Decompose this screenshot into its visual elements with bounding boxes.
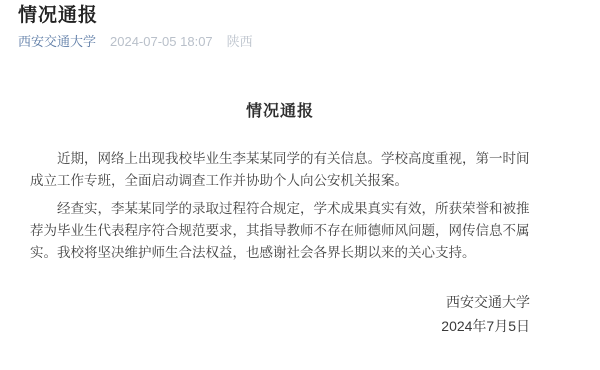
notice-date: 2024年7月5日 xyxy=(30,314,530,338)
page-title: 情况通报 xyxy=(18,3,582,29)
article-meta-row: 西安交通大学 2024-07-05 18:07 陕西 xyxy=(18,34,582,49)
article-header: 情况通报 西安交通大学 2024-07-05 18:07 陕西 xyxy=(0,0,600,49)
notice-paragraph: 经查实，李某某同学的录取过程符合规定，学术成果真实有效，所获荣誉和被推荐为毕业生… xyxy=(30,198,530,264)
notice-signature: 西安交通大学 xyxy=(30,290,530,314)
publish-timestamp: 2024-07-05 18:07 xyxy=(110,34,213,49)
publisher-source-link[interactable]: 西安交通大学 xyxy=(18,34,96,49)
publish-location: 陕西 xyxy=(227,34,253,49)
notice-title: 情况通报 xyxy=(30,102,530,122)
notice-signature-block: 西安交通大学 2024年7月5日 xyxy=(30,290,530,338)
notice-paragraph: 近期，网络上出现我校毕业生李某某同学的有关信息。学校高度重视，第一时间成立工作专… xyxy=(30,148,530,192)
notice-document: 情况通报 近期，网络上出现我校毕业生李某某同学的有关信息。学校高度重视，第一时间… xyxy=(30,102,530,338)
